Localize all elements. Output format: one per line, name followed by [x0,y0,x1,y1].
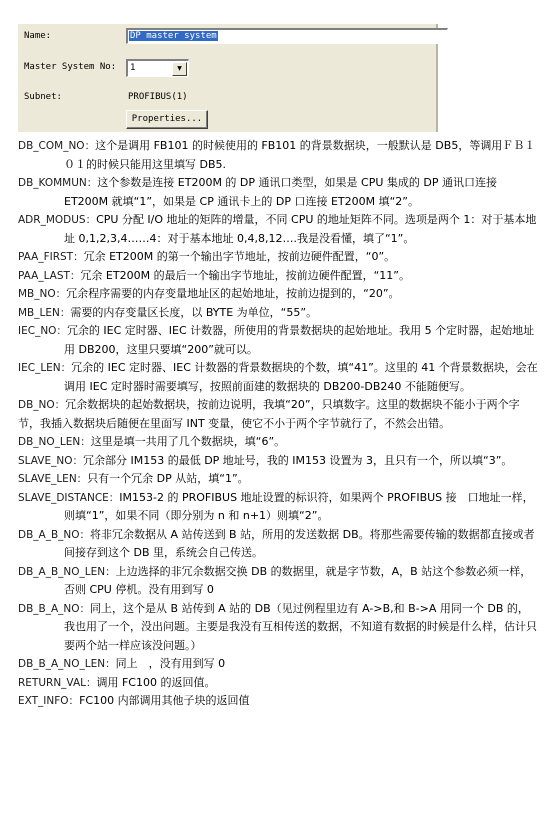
entry-db-no: DB_NO：冗余数据块的起始数据块，按前边说明，我填“20”，只填数字。这里的数… [18,396,538,433]
param-key: IEC_NO： [18,325,67,337]
name-input-selected-text: DP master system [129,31,218,41]
entry-slave-len: SLAVE_LEN：只有一个冗余 DP 从站，填“1”。 [18,470,538,489]
param-desc: 冗余部分 IM153 的最低 DP 地址号，我的 IM153 设置为 3，且只有… [83,454,512,467]
param-desc: 上边选择的非冗余数据交换 DB 的数据里，就是字节数，A，B 站这个参数必须一样… [64,565,531,597]
entry-adr-modus: ADR_MODUS：CPU 分配 I/O 地址的矩阵的增量，不同 CPU 的地址… [18,211,538,248]
param-desc: 这个参数是连接 ET200M 的 DP 通讯口类型，如果是 CPU 集成的 DP… [64,176,497,208]
param-desc: 只有一个冗余 DP 从站，填“1”。 [87,472,249,485]
entry-slave-no: SLAVE_NO：冗余部分 IM153 的最低 DP 地址号，我的 IM153 … [18,452,538,471]
param-key: DB_NO_LEN： [18,436,91,448]
subnet-label: Subnet: [24,92,62,102]
entry-iec-len: IEC_LEN：冗余的 IEC 定时器、IEC 计数器的背景数据块的个数，填“4… [18,359,538,396]
entry-return-val: RETURN_VAL：调用 FC100 的返回值。 [18,674,538,693]
param-desc: 调用 FC100 的返回值。 [96,676,215,689]
param-desc: 冗余程序需要的内存变量地址区的起始地址，按前边提到的，“20”。 [66,287,399,300]
param-desc: 同上，这个是从 B 站传到 A 站的 DB（见过例程里边有 A->B,和 B->… [64,602,537,652]
param-key: IEC_LEN： [18,362,71,374]
param-key: MB_NO： [18,288,66,300]
param-key: MB_LEN： [18,307,70,319]
param-key: SLAVE_LEN： [18,473,87,485]
param-desc: 需要的内存变量区长度，以 BYTE 为单位，“55”。 [70,306,317,319]
entry-ext-info: EXT_INFO：FC100 内部调用其他子块的返回值 [18,692,538,711]
param-key: DB_B_A_NO： [18,603,90,615]
param-key: DB_A_B_NO_LEN： [18,566,116,578]
param-key: RETURN_VAL： [18,677,96,689]
param-key: DB_KOMMUN： [18,177,97,189]
dp-master-system-dialog: Name: DP master system Master System No:… [18,24,438,132]
param-desc: FC100 内部调用其他子块的返回值 [79,694,250,707]
master-system-no-value: 1 [130,61,135,76]
master-system-no-label: Master System No: [24,62,116,72]
param-key: DB_B_A_NO_LEN： [18,658,116,670]
entry-db-a-b-no-len: DB_A_B_NO_LEN：上边选择的非冗余数据交换 DB 的数据里，就是字节数… [18,563,538,600]
entry-db-kommun: DB_KOMMUN：这个参数是连接 ET200M 的 DP 通讯口类型，如果是 … [18,174,538,211]
entry-db-com-no: DB_COM_NO：这个是调用 FB101 的时候使用的 FB101 的背景数据… [18,137,538,174]
param-key: ADR_MODUS： [18,214,96,226]
param-desc: CPU 分配 I/O 地址的矩阵的增量，不同 CPU 的地址矩阵不同。选项是两个… [64,213,536,245]
name-input[interactable]: DP master system [126,28,448,44]
param-desc: 这里是填一共用了几个数据块，填“6”。 [91,435,285,448]
entry-mb-len: MB_LEN：需要的内存变量区长度，以 BYTE 为单位，“55”。 [18,304,538,323]
param-key: PAA_LAST： [18,270,80,282]
param-key: SLAVE_NO： [18,455,83,467]
param-desc: 同上 ，没有用到写 0 [116,657,226,670]
param-key: PAA_FIRST： [18,251,84,263]
entry-paa-first: PAA_FIRST：冗余 ET200M 的第一个输出字节地址，按前边硬件配置，“… [18,248,538,267]
entry-iec-no: IEC_NO：冗余的 IEC 定时器、IEC 计数器，所使用的背景数据块的起始地… [18,322,538,359]
param-desc: IM153-2 的 PROFIBUS 地址设置的标识符，如果两个 PROFIBU… [64,491,534,523]
entry-db-b-a-no-len: DB_B_A_NO_LEN：同上 ，没有用到写 0 [18,655,538,674]
properties-button[interactable]: Properties... [126,110,208,129]
entry-db-b-a-no: DB_B_A_NO：同上，这个是从 B 站传到 A 站的 DB（见过例程里边有 … [18,600,538,656]
entry-db-a-b-no: DB_A_B_NO：将非冗余数据从 A 站传送到 B 站，所用的发送数据 DB。… [18,526,538,563]
param-desc: 冗余的 IEC 定时器、IEC 计数器的背景数据块的个数，填“41”。这里的 4… [64,361,538,393]
param-desc: 这个是调用 FB101 的时候使用的 FB101 的背景数据块，一般默认是 DB… [64,139,535,171]
parameter-descriptions: DB_COM_NO：这个是调用 FB101 的时候使用的 FB101 的背景数据… [18,137,538,711]
param-desc: 冗余数据块的起始数据块，按前边说明，我填“20”，只填数字。这里的数据块不能小于… [18,398,520,430]
param-key: SLAVE_DISTANCE： [18,492,119,504]
name-label: Name: [24,31,51,41]
param-desc: 冗余的 IEC 定时器、IEC 计数器，所使用的背景数据块的起始地址。我用 5 … [64,324,534,356]
master-system-no-dropdown[interactable]: 1 ▼ [126,59,189,77]
entry-slave-distance: SLAVE_DISTANCE：IM153-2 的 PROFIBUS 地址设置的标… [18,489,538,526]
param-desc: 冗余 ET200M 的第一个输出字节地址，按前边硬件配置，“0”。 [84,250,396,263]
param-key: DB_NO： [18,399,65,411]
param-key: EXT_INFO： [18,695,79,707]
chevron-down-icon[interactable]: ▼ [172,62,187,76]
entry-paa-last: PAA_LAST：冗余 ET200M 的最后一个输出字节地址，按前边硬件配置，“… [18,267,538,286]
entry-db-no-len: DB_NO_LEN：这里是填一共用了几个数据块，填“6”。 [18,433,538,452]
param-key: DB_A_B_NO： [18,529,90,541]
subnet-value: PROFIBUS(1) [128,92,188,102]
param-desc: 将非冗余数据从 A 站传送到 B 站，所用的发送数据 DB。将那些需要传输的数据… [64,528,535,560]
param-desc: 冗余 ET200M 的最后一个输出字节地址，按前边硬件配置，“11”。 [80,269,410,282]
entry-mb-no: MB_NO：冗余程序需要的内存变量地址区的起始地址，按前边提到的，“20”。 [18,285,538,304]
param-key: DB_COM_NO： [18,140,95,152]
